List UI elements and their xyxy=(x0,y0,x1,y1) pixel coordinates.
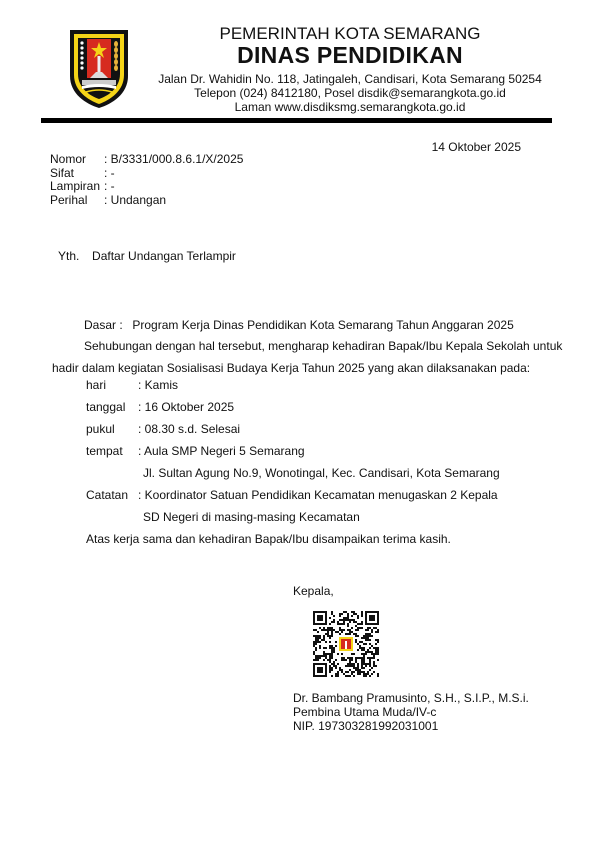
meta-label: Sifat xyxy=(50,167,104,181)
detail-value: : Kamis xyxy=(138,378,178,400)
detail-row-catatan: Catatan : Koordinator Satuan Pendidikan … xyxy=(86,488,500,510)
meta-value: : Undangan xyxy=(104,194,166,208)
paragraph-line-1: Sehubungan dengan hal tersebut, menghara… xyxy=(84,339,562,353)
recipient: Yth. Daftar Undangan Terlampir xyxy=(58,249,236,263)
meta-row-sifat: Sifat : - xyxy=(50,167,243,181)
dasar-text: Program Kerja Dinas Pendidikan Kota Sema… xyxy=(132,318,513,332)
recipient-prefix: Yth. xyxy=(58,249,79,263)
qr-code-signature-icon xyxy=(313,611,379,677)
detail-label xyxy=(86,466,143,488)
detail-row-tempat-address: Jl. Sultan Agung No.9, Wonotingal, Kec. … xyxy=(86,466,500,488)
dasar-line: Dasar : Program Kerja Dinas Pendidikan K… xyxy=(84,318,514,332)
detail-label: Catatan xyxy=(86,488,138,510)
event-details: hari : Kamis tanggal : 16 Oktober 2025 p… xyxy=(86,378,500,554)
letter-meta: Nomor : B/3331/000.8.6.1/X/2025 Sifat : … xyxy=(50,153,243,207)
letterhead-contact: Telepon (024) 8412180, Posel disdik@sema… xyxy=(130,86,570,100)
letterhead-website: Laman www.disdiksmg.semarangkota.go.id xyxy=(130,100,570,114)
detail-label: hari xyxy=(86,378,138,400)
signatory-rank: Pembina Utama Muda/IV-c xyxy=(293,705,529,719)
dasar-label: Dasar : xyxy=(84,318,123,332)
meta-value: : B/3331/000.8.6.1/X/2025 xyxy=(104,153,243,167)
letterhead-contact-block: Jalan Dr. Wahidin No. 118, Jatingaleh, C… xyxy=(130,72,570,114)
detail-value: Jl. Sultan Agung No.9, Wonotingal, Kec. … xyxy=(143,466,500,488)
letterhead-address: Jalan Dr. Wahidin No. 118, Jatingaleh, C… xyxy=(130,72,570,86)
meta-label: Lampiran xyxy=(50,180,104,194)
detail-row-tanggal: tanggal : 16 Oktober 2025 xyxy=(86,400,500,422)
signatory-name: Dr. Bambang Pramusinto, S.H., S.I.P., M.… xyxy=(293,691,529,705)
detail-label xyxy=(86,510,143,532)
meta-row-lampiran: Lampiran : - xyxy=(50,180,243,194)
signature-title: Kepala, xyxy=(293,584,334,598)
meta-row-perihal: Perihal : Undangan xyxy=(50,194,243,208)
detail-value: : 08.30 s.d. Selesai xyxy=(138,422,240,444)
letterhead-agency: DINAS PENDIDIKAN xyxy=(160,42,540,69)
closing-line: Atas kerja sama dan kehadiran Bapak/Ibu … xyxy=(86,532,500,554)
recipient-name: Daftar Undangan Terlampir xyxy=(92,249,236,263)
detail-label: tanggal xyxy=(86,400,138,422)
detail-value: SD Negeri di masing-masing Kecamatan xyxy=(143,510,360,532)
detail-value: : Aula SMP Negeri 5 Semarang xyxy=(138,444,305,466)
city-coat-of-arms-icon xyxy=(68,28,130,110)
detail-label: pukul xyxy=(86,422,138,444)
detail-row-catatan-cont: SD Negeri di masing-masing Kecamatan xyxy=(86,510,500,532)
meta-row-nomor: Nomor : B/3331/000.8.6.1/X/2025 xyxy=(50,153,243,167)
detail-label: tempat xyxy=(86,444,138,466)
letter-date: 14 Oktober 2025 xyxy=(432,140,521,154)
signatory-nip: NIP. 197303281992031001 xyxy=(293,719,529,733)
detail-row-hari: hari : Kamis xyxy=(86,378,500,400)
detail-value: : 16 Oktober 2025 xyxy=(138,400,234,422)
meta-label: Perihal xyxy=(50,194,104,208)
signature-block: Dr. Bambang Pramusinto, S.H., S.I.P., M.… xyxy=(293,691,529,733)
detail-row-pukul: pukul : 08.30 s.d. Selesai xyxy=(86,422,500,444)
detail-row-tempat: tempat : Aula SMP Negeri 5 Semarang xyxy=(86,444,500,466)
detail-value: : Koordinator Satuan Pendidikan Kecamata… xyxy=(138,488,498,510)
letterhead-divider xyxy=(41,118,552,123)
meta-value: : - xyxy=(104,180,115,194)
meta-label: Nomor xyxy=(50,153,104,167)
letterhead-government: PEMERINTAH KOTA SEMARANG xyxy=(160,24,540,44)
paragraph-line-2: hadir dalam kegiatan Sosialisasi Budaya … xyxy=(52,361,530,375)
closing-text: Atas kerja sama dan kehadiran Bapak/Ibu … xyxy=(86,532,451,554)
meta-value: : - xyxy=(104,167,115,181)
